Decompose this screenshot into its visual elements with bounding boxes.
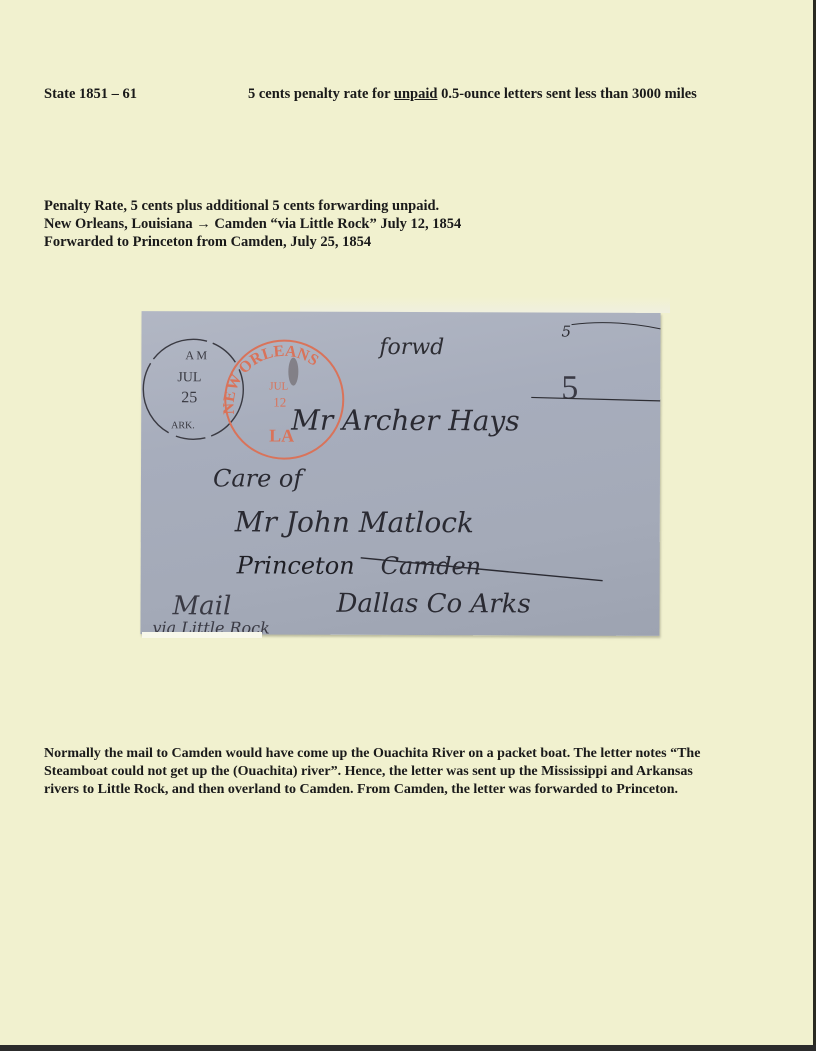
black-postmark: A M JUL 25 ARK.	[143, 339, 243, 439]
black-postmark-day: 25	[181, 389, 197, 406]
crossed-out-town: Camden	[381, 552, 482, 580]
album-page: State 1851 – 61 5 cents penalty rate for…	[0, 0, 813, 1045]
black-postmark-month: JUL	[177, 370, 201, 385]
black-postmark-state: ARK.	[171, 420, 195, 431]
envelope-markings: A M JUL 25 ARK. NEW ORLEANS JUL 12 LA fo…	[140, 311, 660, 636]
rate-heading: 5 cents penalty rate for unpaid 0.5-ounc…	[248, 86, 697, 103]
notes-line: rivers to Little Rock, and then overland…	[44, 781, 764, 799]
envelope-cover-image: A M JUL 25 ARK. NEW ORLEANS JUL 12 LA fo…	[140, 311, 660, 636]
county-state: Dallas Co Arks	[335, 589, 530, 620]
forward-note: forwd	[377, 335, 444, 360]
description-line: Forwarded to Princeton from Camden, July…	[44, 233, 461, 251]
period-heading: State 1851 – 61	[44, 86, 137, 103]
historical-notes: Normally the mail to Camden would have c…	[44, 745, 764, 799]
care-of-name: Mr John Matlock	[234, 505, 474, 539]
red-postmark-day: 12	[273, 395, 286, 410]
rate-mark-small: 5	[561, 323, 571, 341]
envelope-fold-shadow	[300, 297, 670, 313]
mail-label: Mail	[171, 591, 231, 621]
rate-heading-emphasis: unpaid	[394, 86, 438, 102]
cover-description: Penalty Rate, 5 cents plus additional 5 …	[44, 197, 461, 251]
description-line: Penalty Rate, 5 cents plus additional 5 …	[44, 197, 461, 215]
description-line: New Orleans, Louisiana → Camden “via Lit…	[44, 215, 461, 233]
addressee-name: Mr Archer Hays	[290, 404, 520, 438]
notes-line: Normally the mail to Camden would have c…	[44, 745, 764, 763]
forwarded-town: Princeton	[236, 551, 355, 579]
red-postmark-month: JUL	[269, 381, 288, 393]
rate-heading-suffix: 0.5-ounce letters sent less than 3000 mi…	[437, 86, 696, 102]
rate-mark-large: 5	[561, 370, 578, 407]
black-postmark-time: A M	[185, 348, 207, 362]
scan-border-bottom	[0, 1045, 816, 1051]
rate-heading-prefix: 5 cents penalty rate for	[248, 86, 394, 102]
notes-line: Steamboat could not get up the (Ouachita…	[44, 763, 764, 781]
care-of-label: Care of	[213, 464, 307, 492]
envelope-fold-edge	[142, 632, 262, 638]
red-postmark: NEW ORLEANS JUL 12 LA	[220, 340, 343, 458]
